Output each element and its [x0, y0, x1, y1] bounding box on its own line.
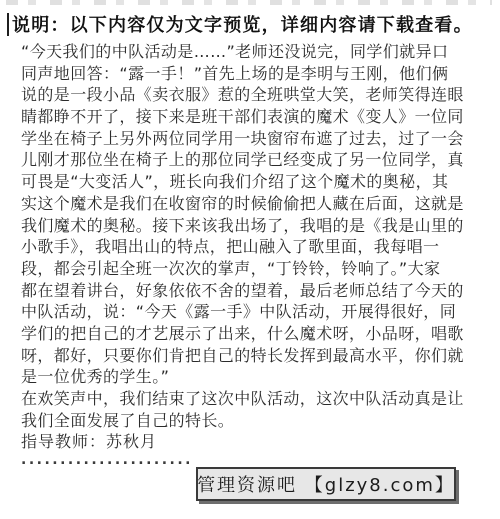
body-text-line: 同声地回答：“露一手！”首先上场的是李明与王刚，他们俩 [21, 63, 483, 85]
preview-notice-row: 说明：以下内容仅为文字预览，详细内容请下载查看。 [7, 11, 473, 37]
body-text-line: 儿刚才那位坐在椅子上的那位同学已经变成了另一位同学，真 [21, 149, 483, 171]
body-text-line: 可畏是“大变活人”，班长向我们介绍了这个魔术的奥秘，其 [21, 171, 483, 193]
body-text-line: 呀，都好，只要你们肯把自己的特长发挥到最高水平，你们就 [21, 345, 483, 367]
body-text-line: 是一位优秀的学生。” [21, 366, 483, 388]
document-body: “今天我们的中队活动是……”老师还没说完，同学们就异口 同声地回答：“露一手！”… [21, 41, 483, 469]
body-text-line: 学坐在椅子上另外两位同学用一块窗帘布遮了过去，过了一会 [21, 128, 483, 150]
document-preview-page: 说明：以下内容仅为文字预览，详细内容请下载查看。 “今天我们的中队活动是……”老… [0, 0, 500, 519]
text-cursor [7, 13, 9, 36]
body-text-line: 我们魔术的奥秘。接下来该我出场了，我唱的是《我是山里的 [21, 215, 483, 237]
body-text-line: 中队活动，说：“今天《露一手》中队活动，开展得很好，同 [21, 301, 483, 323]
body-text-line: 说的是一段小品《卖衣服》惹的全班哄堂大笑，老师笑得连眼 [21, 84, 483, 106]
body-text-line: “今天我们的中队活动是……”老师还没说完，同学们就异口 [21, 41, 483, 63]
cropped-text-remnant [6, 0, 492, 5]
preview-notice: 说明：以下内容仅为文字预览，详细内容请下载查看。 [12, 11, 473, 37]
teacher-credit-line: 指导教师：苏秋月 [21, 431, 483, 453]
body-text-line: 在欢笑声中，我们结束了这次中队活动，这次中队活动真是让 [21, 388, 483, 410]
body-text-line: 实这个魔术是我们在收窗帘的时候偷偷把人藏在后面，这就是 [21, 193, 483, 215]
body-text-line: 学们的把自己的才艺展示了出来，什么魔术呀，小品呀，唱歌 [21, 323, 483, 345]
site-watermark-badge: 管理资源吧 【glzy8.com】 [196, 467, 456, 501]
body-text-line: 小歌手》，我唱出山的特点，把山融入了歌里面，我每唱一 [21, 236, 483, 258]
body-text-line: 段，都会引起全班一次次的掌声，“丁铃铃，铃响了。”大家 [21, 258, 483, 280]
body-text-line: 睛都睁不开了，接下来是班干部们表演的魔术《变人》一位同 [21, 106, 483, 128]
body-text-line: 都在望着讲台，好象依依不舍的望着，最后老师总结了今天的 [21, 280, 483, 302]
body-text-line: 我们全面发展了自己的特长。 [21, 410, 483, 432]
